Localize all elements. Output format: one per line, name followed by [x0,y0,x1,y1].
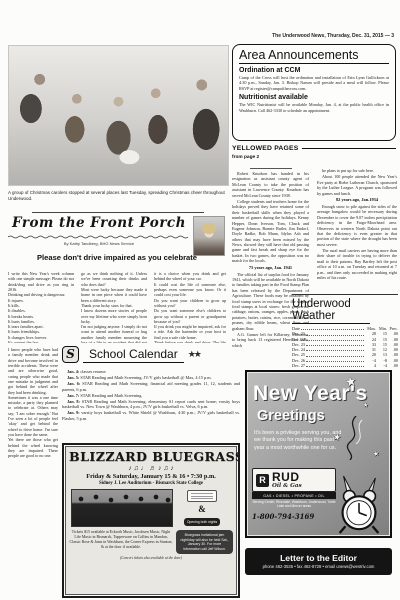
rud-brand-sub: Oil & Gas [272,483,302,489]
years-ago-subhead: 82 years ago, Jan.1934 [317,197,397,202]
front-porch-column-2: go as we think nothing of it. Unless we'… [81,271,147,343]
calendar-date: Jan. 4: [67,369,79,374]
rud-phone-number: 1-800-794-3169 [252,512,336,521]
calendar-entry: Jan. 4: classes resume. [62,369,240,375]
weather-box: Underwood Weather Date Max. Min. Prec. D… [292,294,398,376]
dot-leader [306,345,364,346]
weather-min: -4 [376,363,387,368]
rud-logo-mark: R [256,474,269,487]
star-icon: ★ [363,402,368,409]
bluegrass-venue-line: Sidney J. Lee Auditorium - Bismarck Stat… [69,481,233,486]
star-icon: ★ [343,373,358,391]
ad-body-text: It's been a privilege serving you, and w… [254,430,342,452]
dot-leader [306,361,364,362]
letter-to-editor-title: Letter to the Editor [280,554,357,563]
calendar-text: STAR Reading and Math Screening; financi… [62,381,240,392]
ampersand-label: & [198,505,206,514]
opening-badge: Opening both nights [184,518,220,526]
article-paragraph: The rural mail carriers are having more … [317,248,397,280]
dot-leader [306,335,364,336]
article-paragraph: he plans to put up for sale here. [317,168,397,173]
calendar-text: STAR Reading and Math Screening; element… [62,399,240,410]
area-announcements-box: Area Announcements Ordination at CCM Cam… [232,44,396,141]
calendar-date: Jan. 8: [67,399,80,404]
front-porch-column-3: it is a choice when you drink and get be… [154,271,226,343]
calendar-entry: Jan. 9: varsity boys basketball vs. Whit… [62,410,240,421]
calendar-entry: Jan. 5: STAR Reading and Math Screening;… [62,375,240,381]
weather-max: 4 [365,363,376,368]
section-divider [32,212,204,213]
bluegrass-info-box: Bluegrass invitational jam night/day wil… [176,530,233,554]
new-years-ad: New Year's Greetings ★ ★ ★ ★ It's been a… [245,370,392,538]
dot-leader [306,340,364,341]
stars-icon: ★★ [188,349,200,360]
article-paragraph: Robert Knudson has handed in his resigna… [232,171,309,198]
school-calendar-header: S School Calendar ★★ [62,346,240,363]
bluegrass-footnote: (Concert tickets also available at the d… [69,556,233,560]
letter-to-editor-contact: phone 462-3535 • fax 462-8728 • email un… [263,564,375,569]
bluegrass-ad-title: BLIZZARD BLUEGRASS [69,449,233,464]
weather-title: Underwood Weather [292,298,370,324]
yellowed-pages-subtitle: from page 2 [232,155,259,160]
school-calendar-title: School Calendar [83,347,184,363]
calendar-entry: Jan. 8: STAR Reading and Math Screening;… [62,399,240,410]
school-calendar-list: Jan. 4: classes resume. Jan. 5: STAR Rea… [62,369,240,439]
article-paragraph: About 100 people attended the New Year's… [317,174,397,196]
carolers-photo [8,45,229,186]
newspaper-page: { "masthead": "The Underwood News, Thurs… [0,0,400,600]
yellowed-pages-title: YELLOWED PAGES [232,145,299,152]
bluegrass-photo-middle: & Opening both nights [173,489,231,527]
photo-caption: A group of Christmas carolers stopped at… [8,190,229,202]
calendar-text: STAR Reading and Math Screening. [80,393,142,398]
calendar-date: Jan. 5: [67,375,79,380]
front-porch-title: From the Front Porch [8,215,190,231]
bluegrass-photos: & Opening both nights [71,489,231,527]
wave-rule [8,234,190,239]
bluegrass-date-line: Friday & Saturday, January 15 & 16 • 7:3… [69,473,233,480]
header-rule [302,148,397,150]
weather-date: Dec. 27 [292,363,305,368]
front-porch-byline: By Kathy Tandberg, BHG News Service [8,241,190,246]
letter-to-editor-box: Letter to the Editor phone 462-3535 • fa… [245,548,392,575]
columnist-portrait [193,216,225,256]
calendar-text: varsity boys basketball vs. White Shield… [62,410,240,421]
calendar-text: classes resume. [80,369,106,374]
announcement-body: The WIC Nutritionist will be available M… [239,102,389,113]
front-porch-column-1: I write this New Year's week column with… [8,271,74,343]
weather-row: Dec. 274-4.00 [292,363,398,368]
rud-serving-text: Serving Center, Riverdale, Washburn, Und… [252,500,336,509]
article-paragraph: College students and teachers home for t… [232,199,309,264]
rud-brand-name: RUD [272,471,302,483]
yellowed-pages-column-2: he plans to put up for sale here. About … [317,168,397,292]
calendar-date: Jan. 9: [67,410,80,415]
bluegrass-ad: BLIZZARD BLUEGRASS ♪ ♫ ♩ ♬ ♪ ♫ ♪ Friday … [62,443,240,598]
weather-prec: .00 [387,363,398,368]
rud-products-bar: GAS • DIESEL • PROPANE • OIL [252,492,336,499]
music-notes-icon: ♪ ♫ ♩ ♬ ♪ ♫ ♪ [69,465,233,472]
dot-leader [306,350,364,351]
dot-leader [306,356,364,357]
calendar-entry: Jan. 7: STAR Reading and Math Screening. [62,393,240,399]
calendar-date: Jan. 6: [67,381,80,386]
calendar-text: STAR Reading and Math Screening; JV/V gi… [80,375,211,380]
yellowed-pages-header: YELLOWED PAGES [232,145,396,152]
dot-leader [301,329,364,330]
band-photo [71,489,173,527]
bluegrass-tickets-text: Tickets $15 available at Eckroth Music, … [69,530,173,554]
school-logo-icon: S [62,346,79,363]
bluegrass-bottom: Tickets $15 available at Eckroth Music, … [69,530,233,554]
masthead-folio: The Underwood News, Thursday, Dec. 31, 2… [272,33,394,39]
area-announcements-title: Area Announcements [239,48,389,64]
announcement-heading: Ordination at CCM [239,67,389,74]
rud-logo: R RUD Oil & Gas [252,468,336,492]
band-sign [187,490,217,502]
years-ago-subhead: 75 years ago, Jan. 1941 [232,265,309,270]
star-icon: ★ [372,450,379,459]
front-porch-headline: Please don't drive impaired as you celeb… [8,253,226,262]
alarm-clock-icon [330,474,388,536]
calendar-entry: Jan. 6: STAR Reading and Math Screening;… [62,381,240,392]
calendar-date: Jan. 7: [67,393,79,398]
ad-title-line2: Greetings [257,408,325,424]
dot-leader [306,366,364,367]
article-paragraph: Enough snow to pile against the sides of… [317,204,397,247]
announcement-body: Camp of the Cross will host the ordinati… [239,75,389,91]
announcement-heading: Nutritionist available [239,94,389,101]
front-porch-column-1-continued: I know people who have had a family memb… [8,347,58,597]
column-rule [250,168,292,169]
